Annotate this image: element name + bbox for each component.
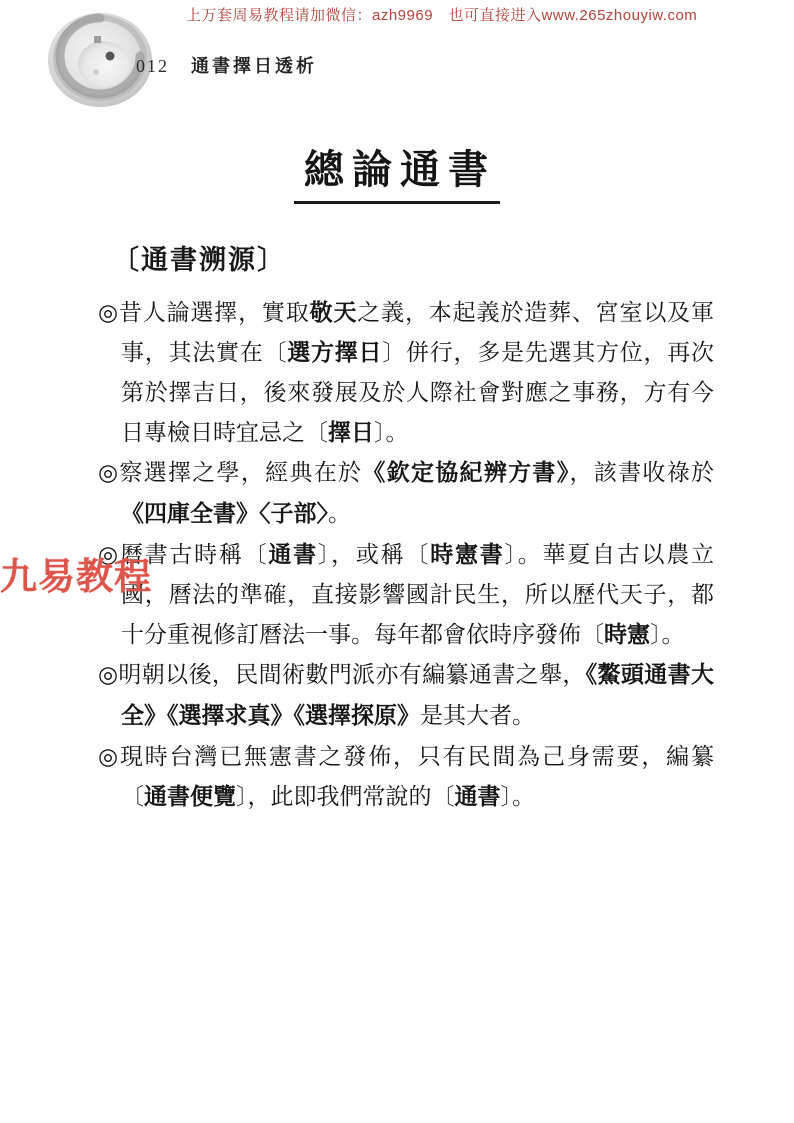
promo-banner-text: 上万套周易教程请加微信：azh9969 也可直接进入www.265zhouyiw… — [186, 4, 697, 25]
scanned-page: 上万套周易教程请加微信：azh9969 也可直接进入www.265zhouyiw… — [0, 0, 794, 1123]
body-run: 〕。 — [501, 783, 536, 809]
body-run: ，該書收祿於 — [570, 459, 714, 485]
paragraph: ◎察選擇之學，經典在於《欽定協紀辨方書》，該書收祿於《四庫全書》〈子部〉。 — [98, 452, 714, 534]
emphasized-term: 《四庫全書》〈子部〉 — [121, 501, 328, 526]
emphasized-term: 通書便覽 — [144, 783, 236, 809]
body-run: 。 — [328, 500, 351, 526]
paragraph: ◎昔人論選擇，實取敬天之義，本起義於造葬、宮室以及軍事，其法實在〔選方擇日〕併行… — [98, 292, 714, 452]
running-header: 012 通書擇日透析 — [136, 52, 317, 78]
emphasized-term: 《欽定協紀辨方書》 — [362, 460, 569, 485]
emphasized-term: 選方擇日 — [287, 339, 382, 365]
emphasized-term: 時憲 — [604, 621, 650, 647]
body-run: 〕，或稱〔 — [318, 541, 430, 567]
chapter-title-text: 總論通書 — [294, 138, 500, 204]
paragraph: ◎明朝以後，民間術數門派亦有編纂通書之舉，《鰲頭通書大全》《選擇求真》《選擇探原… — [98, 654, 714, 736]
body-run: 〕。 — [650, 621, 685, 647]
emphasized-term: 時憲書 — [430, 541, 504, 567]
book-title: 通書擇日透析 — [191, 52, 317, 78]
body-run: 是其大者。 — [420, 702, 535, 728]
body-run: 〕，此即我們常說的〔 — [236, 783, 455, 809]
emphasized-term: 通書 — [455, 783, 501, 809]
body-run: ◎察選擇之學，經典在於 — [98, 459, 362, 485]
body-run: 〕。 — [374, 419, 409, 445]
emphasized-term: 通書 — [268, 541, 318, 567]
emphasized-term: 擇日 — [328, 419, 374, 445]
paragraph: ◎現時台灣已無憲書之發佈，只有民間為己身需要，編纂〔通書便覽〕，此即我們常說的〔… — [98, 736, 714, 816]
section-heading: 〔通書溯源〕 — [112, 238, 286, 277]
body-run: ◎明朝以後，民間術數門派亦有編纂通書之舉， — [98, 661, 586, 687]
body-run: ◎昔人論選擇，實取 — [98, 299, 310, 325]
emphasized-term: 敬天 — [310, 299, 358, 325]
chapter-title: 總論通書 — [0, 138, 794, 204]
body-text: ◎昔人論選擇，實取敬天之義，本起義於造葬、宮室以及軍事，其法實在〔選方擇日〕併行… — [98, 292, 714, 816]
page-number: 012 — [136, 56, 169, 77]
watermark-text: 九易教程 — [0, 546, 152, 600]
paragraph: ◎曆書古時稱〔通書〕，或稱〔時憲書〕。華夏自古以農立國，曆法的準確，直接影響國計… — [98, 534, 714, 654]
